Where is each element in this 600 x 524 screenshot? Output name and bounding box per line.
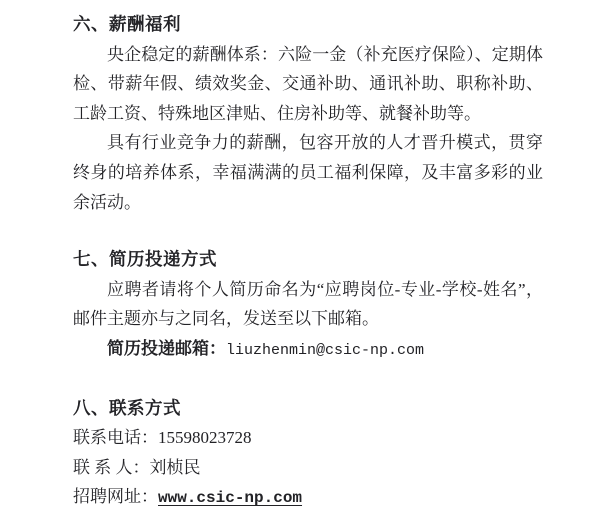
contact-person-line: 联 系 人：刘桢民 [73, 453, 543, 483]
contact-phone-label: 联系电话： [73, 428, 158, 447]
section-heading-resume-submission: 七、简历投递方式 [73, 245, 543, 275]
contact-website-label: 招聘网址： [73, 487, 158, 506]
recruitment-website-link[interactable]: www.csic-np.com [158, 489, 302, 507]
section-resume-submission: 七、简历投递方式 应聘者请将个人简历命名为“应聘岗位-专业-学校-姓名”，邮件主… [73, 245, 543, 365]
resume-email-label: 简历投递邮箱： [107, 339, 226, 358]
contact-website-line: 招聘网址：www.csic-np.com [73, 482, 543, 514]
paragraph-competitive-salary: 具有行业竞争力的薪酬，包容开放的人才晋升模式，贯穿终身的培养体系，幸福满满的员工… [73, 128, 543, 217]
section-heading-salary-benefits: 六、薪酬福利 [73, 10, 543, 40]
document-body: 六、薪酬福利 央企稳定的薪酬体系：六险一金（补充医疗保险）、定期体检、带薪年假、… [0, 0, 600, 524]
contact-phone-number: 15598023728 [158, 428, 252, 447]
paragraph-resume-naming: 应聘者请将个人简历命名为“应聘岗位-专业-学校-姓名”，邮件主题亦与之同名，发送… [73, 275, 543, 334]
section-heading-contact-info: 八、联系方式 [73, 394, 543, 424]
paragraph-salary-system: 央企稳定的薪酬体系：六险一金（补充医疗保险）、定期体检、带薪年假、绩效奖金、交通… [73, 40, 543, 129]
section-contact-info: 八、联系方式 联系电话：15598023728 联 系 人：刘桢民 招聘网址：w… [73, 394, 543, 514]
contact-person-label: 联 系 人： [73, 458, 150, 477]
resume-email-line: 简历投递邮箱：liuzhenmin@csic-np.com [73, 334, 543, 366]
contact-person-name: 刘桢民 [150, 458, 201, 477]
document-page: 六、薪酬福利 央企稳定的薪酬体系：六险一金（补充医疗保险）、定期体检、带薪年假、… [0, 0, 600, 524]
section-salary-benefits: 六、薪酬福利 央企稳定的薪酬体系：六险一金（补充医疗保险）、定期体检、带薪年假、… [73, 10, 543, 217]
contact-phone-line: 联系电话：15598023728 [73, 423, 543, 453]
resume-email-address: liuzhenmin@csic-np.com [226, 342, 424, 359]
